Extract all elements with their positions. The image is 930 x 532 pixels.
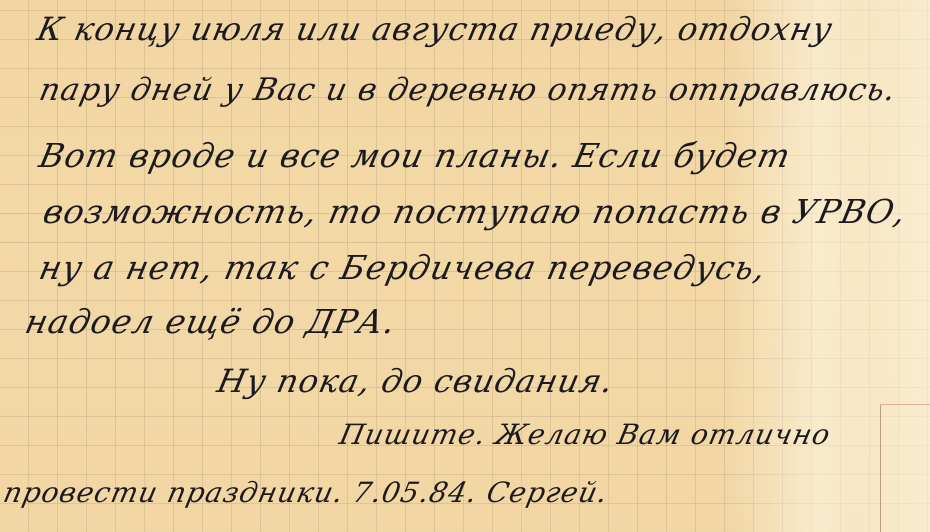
paper-fold-edge (880, 404, 930, 405)
letter-line-8: Пишите. Желаю Вам отлично (336, 418, 833, 451)
farewell-line: Ну пока, до свидания. (214, 362, 617, 400)
paper-fold-crease (880, 405, 881, 532)
letter-line-5: ну а нет, так с Бердичева переведусь, (36, 248, 770, 287)
closing-line-with-date-signature: провести праздники. 7.05.84. Сергей. (0, 476, 611, 509)
letter-line-1: К концу июля или августа приеду, отдохну (34, 10, 836, 48)
letter-line-3: Вот вроде и все мои планы. Если будет (36, 136, 795, 175)
letter-line-2: пару дней у Вас и в деревню опять отправ… (36, 72, 900, 108)
letter-line-4: возможность, то поступаю попасть в УРВО, (40, 192, 910, 231)
letter-line-6: надоел ещё до ДРА. (22, 302, 400, 341)
